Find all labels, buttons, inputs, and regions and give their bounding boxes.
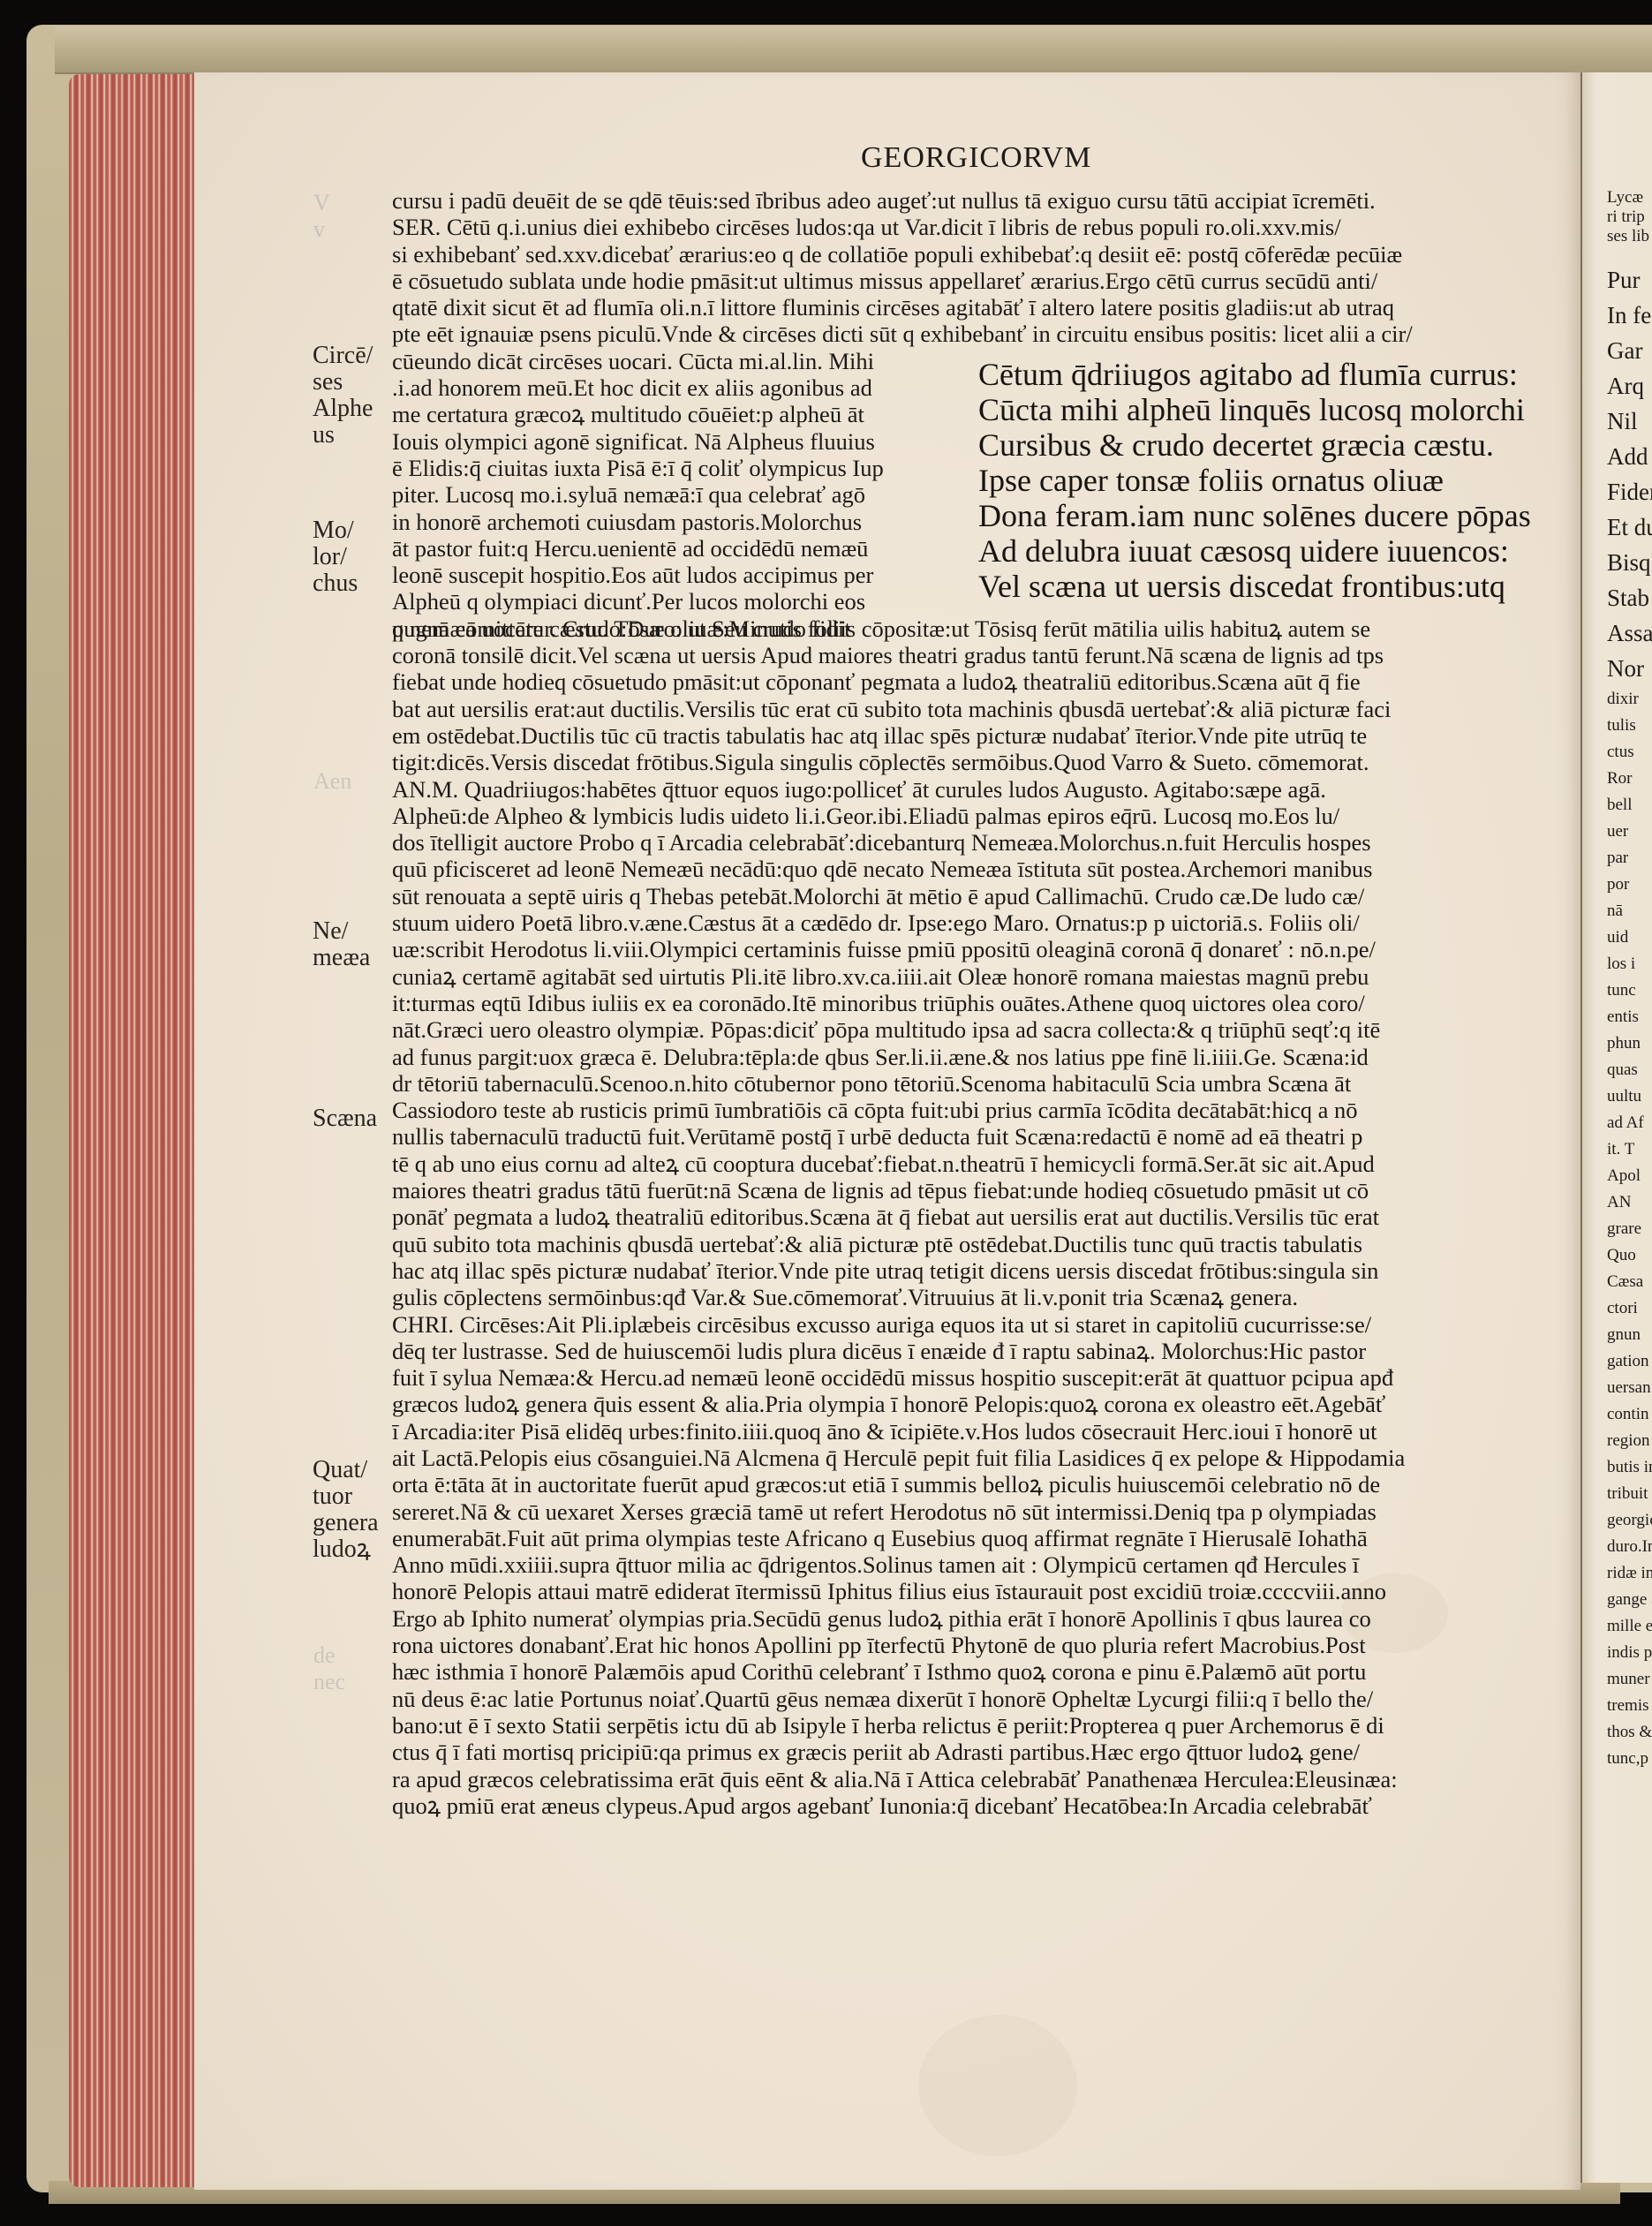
facing-commentary-fragment: it. T	[1607, 1141, 1634, 1158]
facing-commentary-fragment: region	[1607, 1432, 1650, 1449]
show-through-text: Aen	[313, 768, 351, 795]
bottom-lines-block: pugnā cōmittere cæstu. Tōsæ oliuæ:Minuti…	[392, 615, 1558, 1819]
facing-commentary-fragment: butis in	[1607, 1459, 1652, 1475]
text-line: Iouis olympici agonē significat. Nā Alph…	[392, 428, 966, 455]
facing-verse-fragment: Bisq	[1607, 551, 1651, 575]
facing-verse-fragment: Pur	[1607, 268, 1641, 292]
text-line: fuit ī sylua Nemæa:& Hercu.ad nemæū leon…	[392, 1364, 1558, 1391]
facing-commentary-fragment: los i	[1607, 955, 1635, 972]
paper-stain	[918, 2015, 1077, 2156]
margin-note-line: chus	[313, 570, 358, 597]
facing-text-fragment: Lycæ	[1607, 189, 1643, 206]
text-line: ponāť pegmata a ludoꝝ theatraliū editori…	[392, 1204, 1558, 1230]
text-line: dēq ter lustrasse. Sed de huiuscemōi lud…	[392, 1338, 1558, 1364]
facing-commentary-fragment: phun	[1607, 1035, 1641, 1052]
facing-commentary-fragment: uid	[1607, 929, 1628, 946]
text-line: cuniaꝝ certamē agitabāt sed uirtutis Pli…	[392, 963, 1558, 990]
facing-page-recto: Lycæri tripses libPurIn feGarArqNilAddFi…	[1580, 72, 1652, 2183]
facing-commentary-fragment: dixir	[1607, 690, 1639, 707]
text-line: qtatē dixit sicut ēt ad flumīa oli.n.ī l…	[392, 294, 1558, 321]
text-line: ait Lactā.Pelopis eius cōsanguiei.Nā Alc…	[392, 1445, 1558, 1471]
facing-commentary-fragment: grare	[1607, 1220, 1641, 1237]
text-line: Anno mūdi.xxiiii.supra q̄ttuor milia ac …	[392, 1551, 1558, 1578]
show-through-text: Vv	[313, 190, 330, 269]
margin-note-line: Scæna	[313, 1105, 377, 1132]
facing-commentary-fragment: gnun	[1607, 1326, 1641, 1343]
facing-commentary-fragment: contin	[1607, 1406, 1649, 1422]
text-line: tē q ab uno eius cornu ad alteꝝ cū coopt…	[392, 1151, 1558, 1177]
facing-commentary-fragment: Quo	[1607, 1247, 1636, 1264]
text-line: dr tētoriū tabernaculū.Scenoo.n.hito cōt…	[392, 1070, 1558, 1097]
verse-line: Cursibus & crudo decertet græcia cæstu.	[978, 427, 1561, 463]
text-line: quū subito tota machinis qbusdā uertebať…	[392, 1231, 1558, 1257]
text-line: it:turmas eqtū Idibus iuliis ex ea coron…	[392, 990, 1558, 1016]
facing-commentary-fragment: entis	[1607, 1008, 1639, 1025]
facing-commentary-fragment: Cæsa	[1607, 1273, 1643, 1290]
margin-note-line: ludoꝝ	[313, 1536, 379, 1563]
margin-note: Ne/meæa	[313, 918, 370, 971]
facing-commentary-fragment: tunc,p	[1607, 1750, 1648, 1767]
margin-note: Quat/tuorgeneraludoꝝ	[313, 1457, 379, 1563]
text-line: quū pficisceret ad leonē Nemeæū necādū:q…	[392, 856, 1558, 882]
facing-commentary-fragment: mille e	[1607, 1618, 1652, 1634]
facing-verse-fragment: Nil	[1607, 410, 1638, 434]
facing-commentary-fragment: uultu	[1607, 1088, 1641, 1105]
facing-verse-fragment: Fider	[1607, 480, 1652, 504]
facing-commentary-fragment: duro.In	[1607, 1538, 1652, 1555]
facing-commentary-fragment: uer	[1607, 823, 1628, 840]
text-line: Alpheū q olympiaci dicunť.Per lucos molo…	[392, 588, 966, 615]
facing-commentary-fragment: ad Af	[1607, 1114, 1644, 1131]
text-line: sūt renouata a septē uiris q Thebas pete…	[392, 883, 1558, 909]
facing-commentary-fragment: tulis	[1607, 717, 1636, 734]
facing-commentary-fragment: Apol	[1607, 1167, 1641, 1184]
facing-verse-fragment: Gar	[1607, 339, 1642, 363]
text-line: gulis cōplectens sermōinbus:qđ Var.& Sue…	[392, 1284, 1558, 1310]
facing-commentary-fragment: gation	[1607, 1353, 1649, 1370]
text-line: rona uictores donabanť.Erat hic honos Ap…	[392, 1632, 1558, 1658]
facing-commentary-fragment: muner	[1607, 1671, 1650, 1687]
facing-commentary-fragment: uersan	[1607, 1379, 1651, 1396]
text-line: nū deus ē:ac latie Portunus noiať.Quartū…	[392, 1686, 1558, 1712]
text-line: orta ē:tāta āt in auctoritate fuerūt apu…	[392, 1471, 1558, 1498]
margin-note-line: tuor	[313, 1483, 379, 1510]
verse-line: Ipse caper tonsæ foliis ornatus oliuæ	[978, 463, 1561, 498]
margin-note-line: Alphe	[313, 396, 373, 422]
facing-commentary-fragment: gange a	[1607, 1591, 1652, 1608]
verse-line: Vel scæna ut uersis discedat frontibus:u…	[978, 569, 1561, 604]
facing-verse-fragment: Arq	[1607, 374, 1644, 398]
split-zone: cūeundo dicāt circēses uocari. Cūcta mi.…	[392, 348, 1558, 615]
verse-line: Ad delubra iuuat cæsosq uidere iuuencos:	[978, 533, 1561, 569]
facing-commentary-fragment: Ror	[1607, 770, 1633, 787]
margin-note: Mo/lor/chus	[313, 517, 358, 597]
text-line: bano:ut ē ī sexto Statii serpētis ictu d…	[392, 1712, 1558, 1739]
running-head: GEORGICORVM	[861, 141, 1091, 175]
facing-verse-fragment: Et du	[1607, 516, 1652, 540]
margin-note-line: ses	[313, 369, 373, 396]
facing-verse-fragment: Nor	[1607, 657, 1644, 681]
text-line: leonē suscepit hospitio.Eos aūt ludos ac…	[392, 562, 966, 588]
text-line: āt pastor fuit:q Hercu.uenientē ad occid…	[392, 535, 966, 562]
text-line: uæ:scribit Herodotus li.viii.Olympici ce…	[392, 936, 1558, 962]
text-line: nullis tabernaculū traductū fuit.Verūtam…	[392, 1123, 1558, 1150]
margin-note-line: us	[313, 422, 373, 449]
facing-verse-fragment: In fe	[1607, 304, 1651, 328]
margin-note: Circē/sesAlpheus	[313, 343, 373, 449]
text-line: ē Elidis:q̄ ciuitas iuxta Pisā ē:ī q̄ co…	[392, 455, 966, 481]
margin-note-line: lor/	[313, 544, 358, 570]
margin-note-line: Circē/	[313, 343, 373, 369]
facing-commentary-fragment: tunc	[1607, 982, 1636, 999]
text-line: si exhibebanť sed.xxv.dicebať ærarius:eo…	[392, 241, 1558, 268]
text-line: fiebat unde hodieq cōsuetudo pmāsit:ut c…	[392, 668, 1558, 695]
text-line: cūeundo dicāt circēses uocari. Cūcta mi.…	[392, 348, 966, 374]
facing-verse-fragment: Add	[1607, 445, 1648, 469]
text-line: Ergo ab Iphito numerať olympias pria.Sec…	[392, 1605, 1558, 1632]
text-line: me certatura græcoꝝ multitudo cōuēiet:p …	[392, 401, 966, 427]
text-line: ctus q̄ ī fati mortisq pricipiū:qa primu…	[392, 1739, 1558, 1765]
commentary-body: cursu i padū deuēit de se qdē tēuis:sed …	[392, 187, 1558, 1819]
show-through-text: denec	[313, 1642, 345, 1695]
facing-commentary-fragment: quas	[1607, 1061, 1638, 1078]
text-line: .i.ad honorem meū.Et hoc dicit ex aliis …	[392, 374, 966, 401]
facing-commentary-fragment: AN	[1607, 1194, 1631, 1211]
verse-line: Cētum q̄driiugos agitabo ad flumīa curru…	[978, 357, 1561, 392]
text-line: ē cōsuetudo sublata unde hodie pmāsit:ut…	[392, 268, 1558, 294]
facing-commentary-fragment: thos &	[1607, 1724, 1652, 1740]
facing-commentary-fragment: georgic	[1607, 1512, 1652, 1528]
margin-note-line: meæa	[313, 945, 370, 971]
text-line: CHRI. Circēses:Ait Pli.iplæbeis circēsib…	[392, 1311, 1558, 1338]
text-line: dos ītelligit auctore Probo q ī Arcadia …	[392, 829, 1558, 856]
text-line: SER. Cētū q.i.unius diei exhibebo circēs…	[392, 214, 1558, 240]
text-line: enumerabāt.Fuit aūt prima olympias teste…	[392, 1525, 1558, 1551]
text-line: ad funus pargit:uox græca ē. Delubra:tēp…	[392, 1044, 1558, 1070]
margin-note: Scæna	[313, 1105, 377, 1132]
verse-line: Dona feram.iam nunc solēnes ducere pōpas	[978, 498, 1561, 533]
margin-note-line: Quat/	[313, 1457, 379, 1483]
text-line: piter. Lucosq mo.i.syluā nemæā:ī qua cel…	[392, 481, 966, 508]
text-line: quoꝝ pmiū erat æneus clypeus.Apud argos …	[392, 1792, 1558, 1819]
margin-note-line: Mo/	[313, 517, 358, 544]
facing-text-fragment: ses lib	[1607, 228, 1649, 245]
facing-verse-fragment: Assa	[1607, 622, 1652, 645]
text-line: pte eēt ignauiæ psens piculū.Vnde & circ…	[392, 321, 1558, 347]
text-line: ra apud græcos celebratissima erāt q̄uis…	[392, 1766, 1558, 1792]
text-line: q nemæa uocātur. Crudo:Duro: ut Seu crud…	[392, 615, 966, 642]
facing-commentary-fragment: nā	[1607, 902, 1623, 919]
facing-commentary-fragment: indis p	[1607, 1644, 1652, 1661]
text-line: sereret.Nā & cū uexaret Xerses græciā ta…	[392, 1498, 1558, 1525]
red-page-fore-edge	[69, 74, 196, 2187]
virgil-verse-block: Cētum q̄driiugos agitabo ad flumīa curru…	[978, 357, 1561, 604]
facing-text-fragment: ri trip	[1607, 208, 1645, 225]
verse-line: Cūcta mihi alpheū linquēs lucosq molorch…	[978, 392, 1561, 427]
top-lines-block: cursu i padū deuēit de se qdē tēuis:sed …	[392, 187, 1558, 348]
margin-note-line: Ne/	[313, 918, 370, 945]
text-line: coronā tonsilē dicit.Vel scæna ut uersis…	[392, 642, 1558, 668]
facing-commentary-fragment: ridæ in	[1607, 1565, 1652, 1581]
text-line: hæc isthmia ī honorē Palæmōis apud Corit…	[392, 1658, 1558, 1685]
text-line: tigit:dicēs.Versis discedat frōtibus.Sig…	[392, 749, 1558, 775]
text-line: in honorē archemoti cuiusdam pastoris.Mo…	[392, 509, 966, 535]
commentary-narrow-column: cūeundo dicāt circēses uocari. Cūcta mi.…	[392, 348, 966, 642]
text-line: Cassiodoro teste ab rusticis primū īumbr…	[392, 1097, 1558, 1123]
margin-note-line: genera	[313, 1510, 379, 1536]
text-line: hac atq illac spēs picturæ nudabať īteri…	[392, 1257, 1558, 1284]
facing-commentary-fragment: bell	[1607, 796, 1633, 813]
facing-commentary-fragment: tribuit	[1607, 1485, 1648, 1502]
facing-verse-fragment: Stab	[1607, 586, 1649, 610]
text-line: Alpheū:de Alpheo & lymbicis ludis uideto…	[392, 803, 1558, 829]
facing-commentary-fragment: tremis a	[1607, 1697, 1652, 1714]
text-line: ī Arcadia:iter Pisā elidēq urbes:finito.…	[392, 1418, 1558, 1445]
text-line: nāt.Græci uero oleastro olympiæ. Pōpas:d…	[392, 1016, 1558, 1043]
text-line: honorē Pelopis attaui matrē ediderat īte…	[392, 1578, 1558, 1604]
facing-commentary-fragment: ctus	[1607, 743, 1634, 760]
text-line: stuum uidero Poetā libro.v.æne.Cæstus āt…	[392, 909, 1558, 936]
facing-commentary-fragment: por	[1607, 876, 1629, 893]
binding-top-edge	[55, 26, 1652, 74]
text-line: bat aut uersilis erat:aut ductilis.Versi…	[392, 696, 1558, 722]
text-line: AN.M. Quadriiugos:habētes q̄ttuor equos …	[392, 776, 1558, 803]
facing-commentary-fragment: ctori	[1607, 1300, 1638, 1317]
text-line: cursu i padū deuēit de se qdē tēuis:sed …	[392, 187, 1558, 214]
text-line: græcos ludoꝝ genera q̄uis essent & alia.…	[392, 1391, 1558, 1417]
text-line: em ostēdebat.Ductilis tūc cū tractis tab…	[392, 722, 1558, 749]
facing-commentary-fragment: par	[1607, 849, 1628, 866]
text-line: maiores theatri gradus tātū fuerūt:nā Sc…	[392, 1177, 1558, 1204]
